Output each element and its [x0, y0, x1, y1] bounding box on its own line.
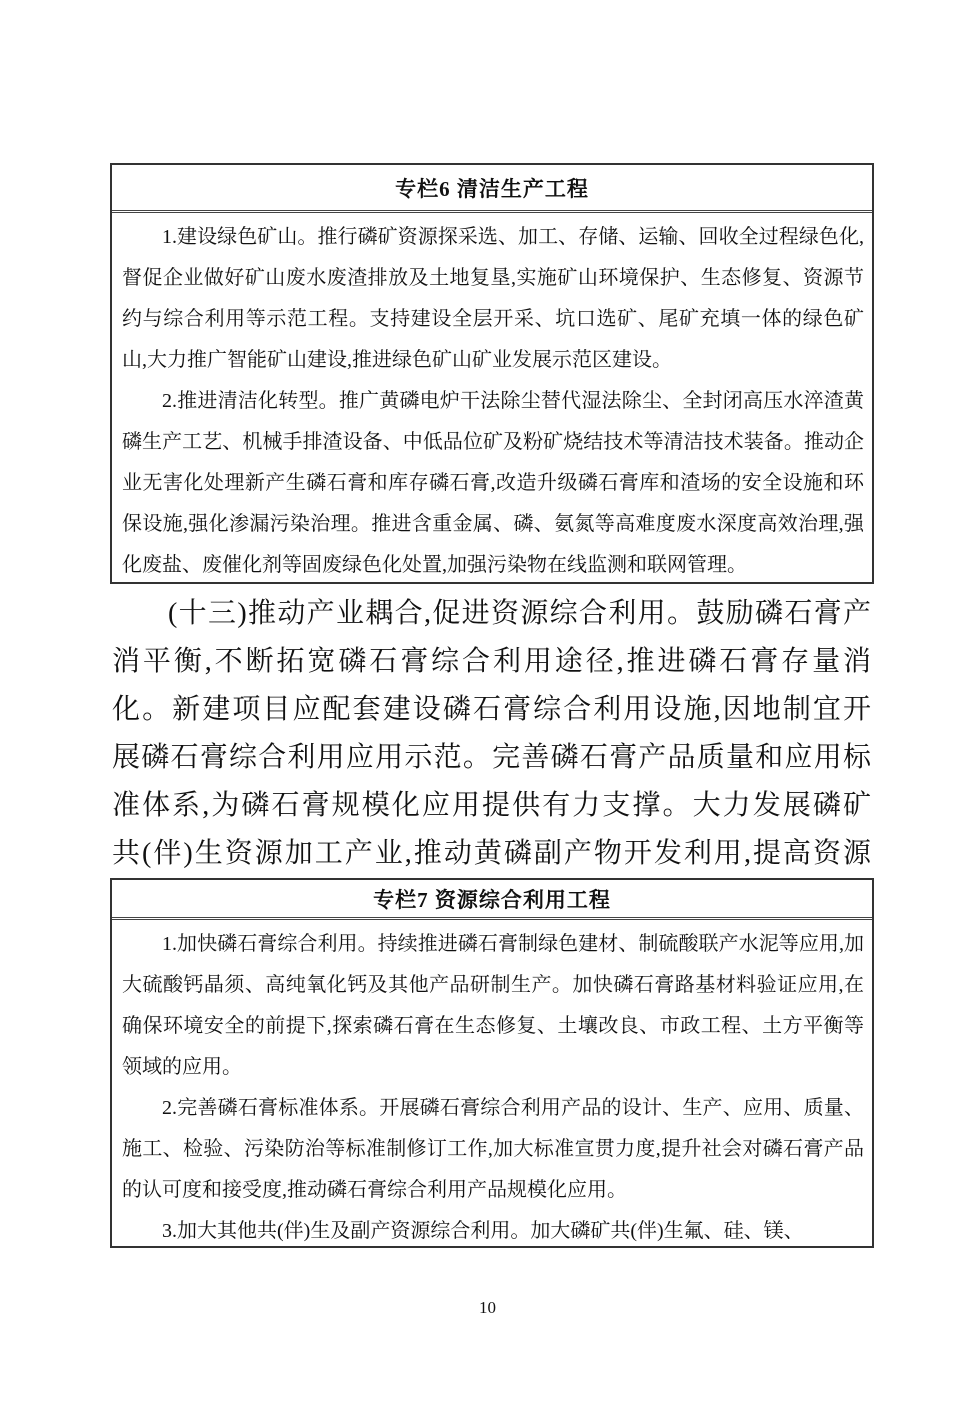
box-7-resource-utilization: 专栏7 资源综合利用工程 1.加快磷石膏综合利用。持续推进磷石膏制绿色建材、制硫…	[110, 878, 874, 1248]
box-7-body: 1.加快磷石膏综合利用。持续推进磷石膏制绿色建材、制硫酸联产水泥等应用,加大硫酸…	[112, 920, 872, 1248]
box-6-body: 1.建设绿色矿山。推行磷矿资源探采选、加工、存储、运输、回收全过程绿色化,督促企…	[112, 213, 872, 584]
box-7-title: 专栏7 资源综合利用工程	[112, 880, 872, 920]
page-number: 10	[0, 1298, 975, 1318]
document-page: 专栏6 清洁生产工程 1.建设绿色矿山。推行磷矿资源探采选、加工、存储、运输、回…	[0, 0, 975, 1405]
box-7-paragraph-3: 3.加大其他共(伴)生及副产资源综合利用。加大磷矿共(伴)生氟、硅、镁、	[122, 1211, 864, 1248]
box-6-paragraph-2: 2.推进清洁化转型。推广黄磷电炉干法除尘替代湿法除尘、全封闭高压水淬渣黄磷生产工…	[122, 381, 864, 584]
box-6-paragraph-1: 1.建设绿色矿山。推行磷矿资源探采选、加工、存储、运输、回收全过程绿色化,督促企…	[122, 217, 864, 381]
box-6-title: 专栏6 清洁生产工程	[112, 165, 872, 213]
box-7-paragraph-1: 1.加快磷石膏综合利用。持续推进磷石膏制绿色建材、制硫酸联产水泥等应用,加大硫酸…	[122, 924, 864, 1088]
section-13-paragraph: (十三)推动产业耦合,促进资源综合利用。鼓励磷石膏产消平衡,不断拓宽磷石膏综合利…	[112, 590, 872, 926]
box-6-clean-production: 专栏6 清洁生产工程 1.建设绿色矿山。推行磷矿资源探采选、加工、存储、运输、回…	[110, 163, 874, 584]
box-7-paragraph-2: 2.完善磷石膏标准体系。开展磷石膏综合利用产品的设计、生产、应用、质量、施工、检…	[122, 1088, 864, 1211]
